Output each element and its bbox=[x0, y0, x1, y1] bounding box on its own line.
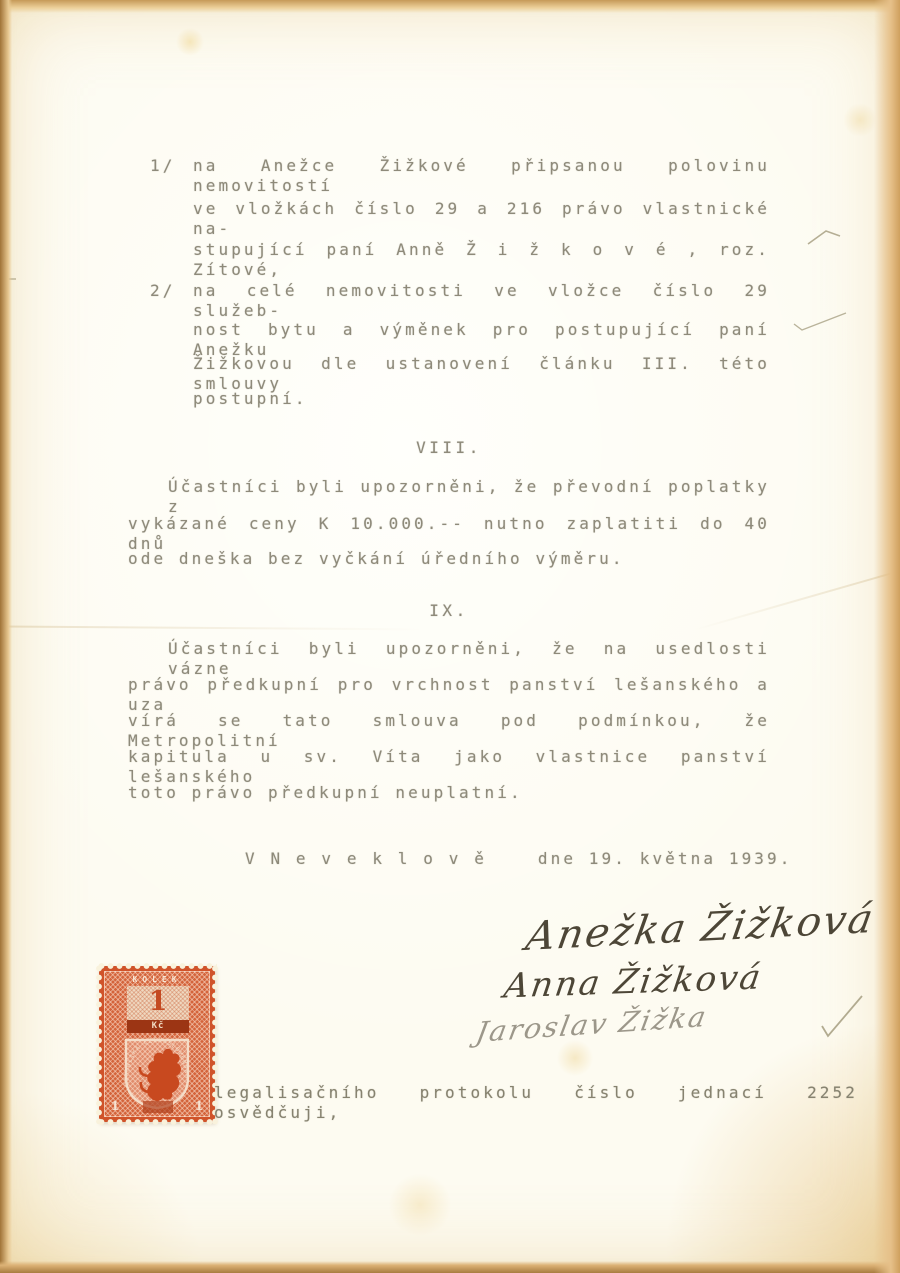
list-item1-line2: ve vložkách číslo 29 a 216 právo vlastni… bbox=[193, 199, 770, 239]
stamp-currency: Kč bbox=[127, 1020, 189, 1033]
list-item2-line4: postupní. bbox=[193, 389, 308, 409]
section-ix-line3: vírá se tato smlouva pod podmínkou, že M… bbox=[128, 711, 770, 751]
stamp-engraving-area: KOLEK 1 Kč REPUBLIKA ČESKOSLOVENSKÁ 1 1 bbox=[104, 971, 210, 1117]
list-item1-line3: stupující paní Anně Ž i ž k o v é , roz.… bbox=[193, 240, 770, 280]
section-viii-line2: vykázané ceny K 10.000.-- nutno zaplatit… bbox=[128, 514, 770, 554]
list-item2-line1: na celé nemovitosti ve vložce číslo 29 s… bbox=[193, 281, 770, 321]
section-ix-line1: Účastníci byli upozorněni, že na usedlos… bbox=[128, 639, 770, 679]
section-ix-line5: toto právo předkupní neuplatní. bbox=[128, 783, 523, 803]
stamp-corner-value-left: 1 bbox=[108, 1099, 122, 1114]
stamp-value: 1 bbox=[127, 986, 189, 1020]
stamp-perforation bbox=[97, 1118, 217, 1126]
section-ix-line2: právo předkupní pro vrchnost panství leš… bbox=[128, 675, 770, 715]
list-marker-2: 2/ bbox=[150, 281, 175, 301]
stamp-perforation bbox=[97, 962, 217, 970]
stamp-bottom-ornament bbox=[143, 1101, 173, 1113]
section-viii-line1: Účastníci byli upozorněni, že převodní p… bbox=[128, 477, 770, 517]
section-viii-heading: VIII. bbox=[128, 438, 770, 458]
scanned-document-page: { "document": { "kind": "typewritten Cze… bbox=[0, 0, 900, 1273]
revenue-stamp-1kc: KOLEK 1 Kč REPUBLIKA ČESKOSLOVENSKÁ 1 1 bbox=[99, 966, 215, 1122]
dateline: V N e v e k l o v ě dne 19. května 1939. bbox=[245, 849, 793, 869]
stamp-title: KOLEK bbox=[105, 975, 209, 984]
list-item1-line1: na Anežce Žižkové připsanou polovinu nem… bbox=[193, 156, 770, 196]
section-ix-heading: IX. bbox=[128, 601, 770, 621]
list-item2-line3: Žižkovou dle ustanovení článku III. této… bbox=[193, 354, 770, 394]
list-marker-1: 1/ bbox=[150, 156, 175, 176]
stamp-corner-value-right: 1 bbox=[192, 1099, 206, 1114]
bottom-certification-line: legalisačního protokolu číslo jednací 22… bbox=[214, 1083, 858, 1123]
section-viii-line3: ode dneška bez vyčkání úředního výměru. bbox=[128, 549, 625, 569]
stamp-perforation bbox=[95, 964, 103, 1124]
section-ix-line4: kapitula u sv. Víta jako vlastnice panst… bbox=[128, 747, 770, 787]
